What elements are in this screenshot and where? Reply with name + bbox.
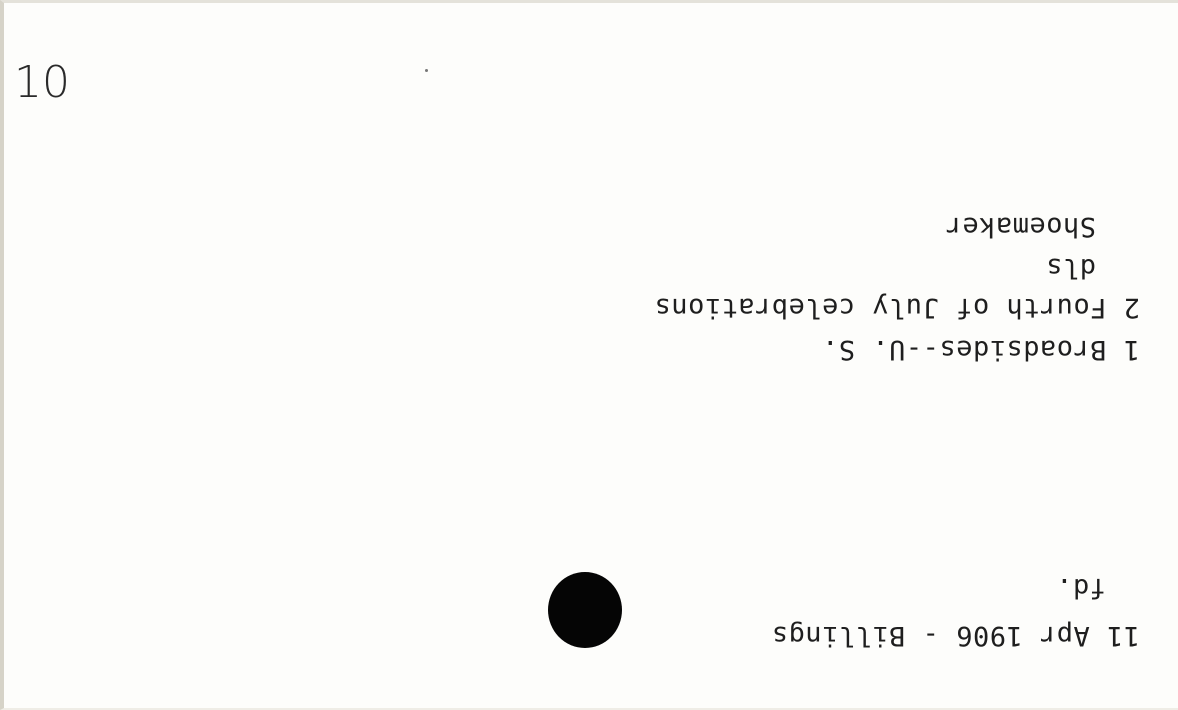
note-name: Shoemaker [945,211,1096,242]
card-format: fd. [1056,572,1106,603]
handwritten-number: 10 [14,57,70,108]
note-initials: dls [1046,252,1096,283]
catalog-card: 11 Apr 1906 - Billings fd. 1 Broadsides-… [0,0,1178,710]
tracing-2: 2 Fourth of July celebrations [654,292,1140,323]
punch-hole [548,572,622,648]
speck [425,69,428,72]
tracing-1: 1 Broadsides--U. S. [822,334,1140,365]
card-heading: 11 Apr 1906 - Billings [771,620,1140,651]
